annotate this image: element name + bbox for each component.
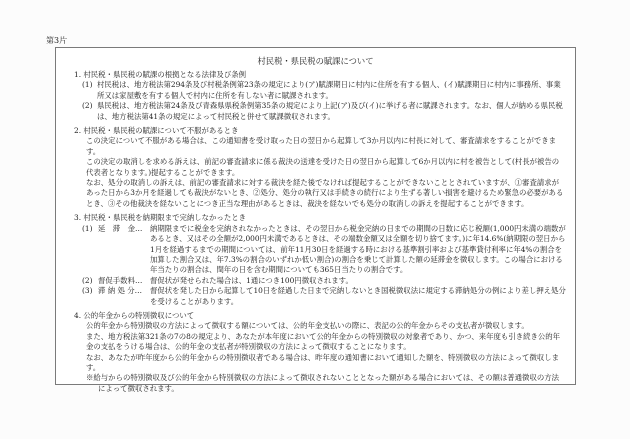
item-term: 延 滞 金… — [98, 224, 150, 276]
item-number: (2) — [74, 101, 97, 122]
notice-box: 村民税・県民税の賦課について 1. 村民税・県民税の賦課の根拠となる法律及び条例… — [55, 47, 576, 385]
item-text: 納期限までに税金を完納されなかったときは、その翌日から税金完納の日までの期間の日… — [150, 224, 566, 276]
section-objection: 2. 村民税・県民税の賦課について不服があるとき この決定について不服がある場合… — [74, 126, 566, 209]
paragraph: なお、処分の取消しの訴えは、前記の審査請求に対する裁決を経た後でなければ提起する… — [74, 178, 566, 209]
paragraph: また、地方税法第321条の7の8の規定より、あなたが本年度において公的年金からの… — [74, 332, 566, 353]
document-content: 1. 村民税・県民税の賦課の根拠となる法律及び条例 (1) 村民税は、地方税法第… — [74, 70, 566, 398]
item-number: (1) — [74, 80, 97, 101]
section-heading: 2. 村民税・県民税の賦課について不服があるとき — [74, 126, 566, 136]
list-item: (3) 滞 納 処 分… 督促状を発した日から起算して10日を経過した日まで完納… — [74, 286, 566, 307]
list-item: (2) 県民税は、地方税法第24条及び青森県県税条例第35条の規定により上記(ア… — [74, 101, 566, 122]
section-heading: 4. 公的年金からの特別徴収について — [74, 311, 566, 321]
section-legal-basis: 1. 村民税・県民税の賦課の根拠となる法律及び条例 (1) 村民税は、地方税法第… — [74, 70, 566, 122]
item-text: 督促状が発せられた場合は、1通につき100円徴収されます。 — [150, 276, 566, 286]
item-text: 督促状を発した日から起算して10日を経過した日まで完納しないとき国税徴収法に規定… — [150, 286, 566, 307]
item-term: 滞 納 処 分… — [98, 286, 150, 307]
section-heading: 1. 村民税・県民税の賦課の根拠となる法律及び条例 — [74, 70, 566, 80]
list-item: (2) 督促手数料… 督促状が発せられた場合は、1通につき100円徴収されます。 — [74, 276, 566, 286]
paragraph: この決定の取消しを求める訴えは、前記の審査請求に係る裁決の送達を受けた日の翌日か… — [74, 157, 566, 178]
page-label: 第3片 — [46, 35, 67, 46]
item-term: 督促手数料… — [98, 276, 150, 286]
document-title: 村民税・県民税の賦課について — [56, 55, 575, 67]
note: ※給与からの特別徴収及び公的年金から特別徴収の方法によって徴収されないこととなっ… — [74, 373, 566, 394]
list-item: (1) 村民税は、地方税法第294条及び村税条例第23条の規定により(ア)賦課期… — [74, 80, 566, 101]
paragraph: この決定について不服がある場合は、この通知書を受け取った日の翌日から起算して3か… — [74, 136, 566, 157]
item-text: 県民税は、地方税法第24条及び青森県県税条例第35条の規定により上記(ア)及び(… — [97, 101, 566, 122]
paragraph: なお、あなたが昨年度から公的年金からの特別徴収者である場合は、昨年度の通知書にお… — [74, 353, 566, 374]
item-number: (3) — [74, 286, 98, 307]
list-item: (1) 延 滞 金… 納期限までに税金を完納されなかったときは、その翌日から税金… — [74, 224, 566, 276]
item-text: 村民税は、地方税法第294条及び村税条例第23条の規定により(ア)賦課期日に村内… — [97, 80, 566, 101]
item-number: (1) — [74, 224, 98, 276]
section-pension-withholding: 4. 公的年金からの特別徴収について 公的年金から特別徴収の方法によって徴収する… — [74, 311, 566, 394]
paragraph: 公的年金から特別徴収の方法によって徴収する額については、公的年金支払いの際に、表… — [74, 321, 566, 331]
section-late-payment: 3. 村民税・県民税を納期限まで完納しなかったとき (1) 延 滞 金… 納期限… — [74, 213, 566, 307]
section-heading: 3. 村民税・県民税を納期限まで完納しなかったとき — [74, 213, 566, 223]
item-number: (2) — [74, 276, 98, 286]
